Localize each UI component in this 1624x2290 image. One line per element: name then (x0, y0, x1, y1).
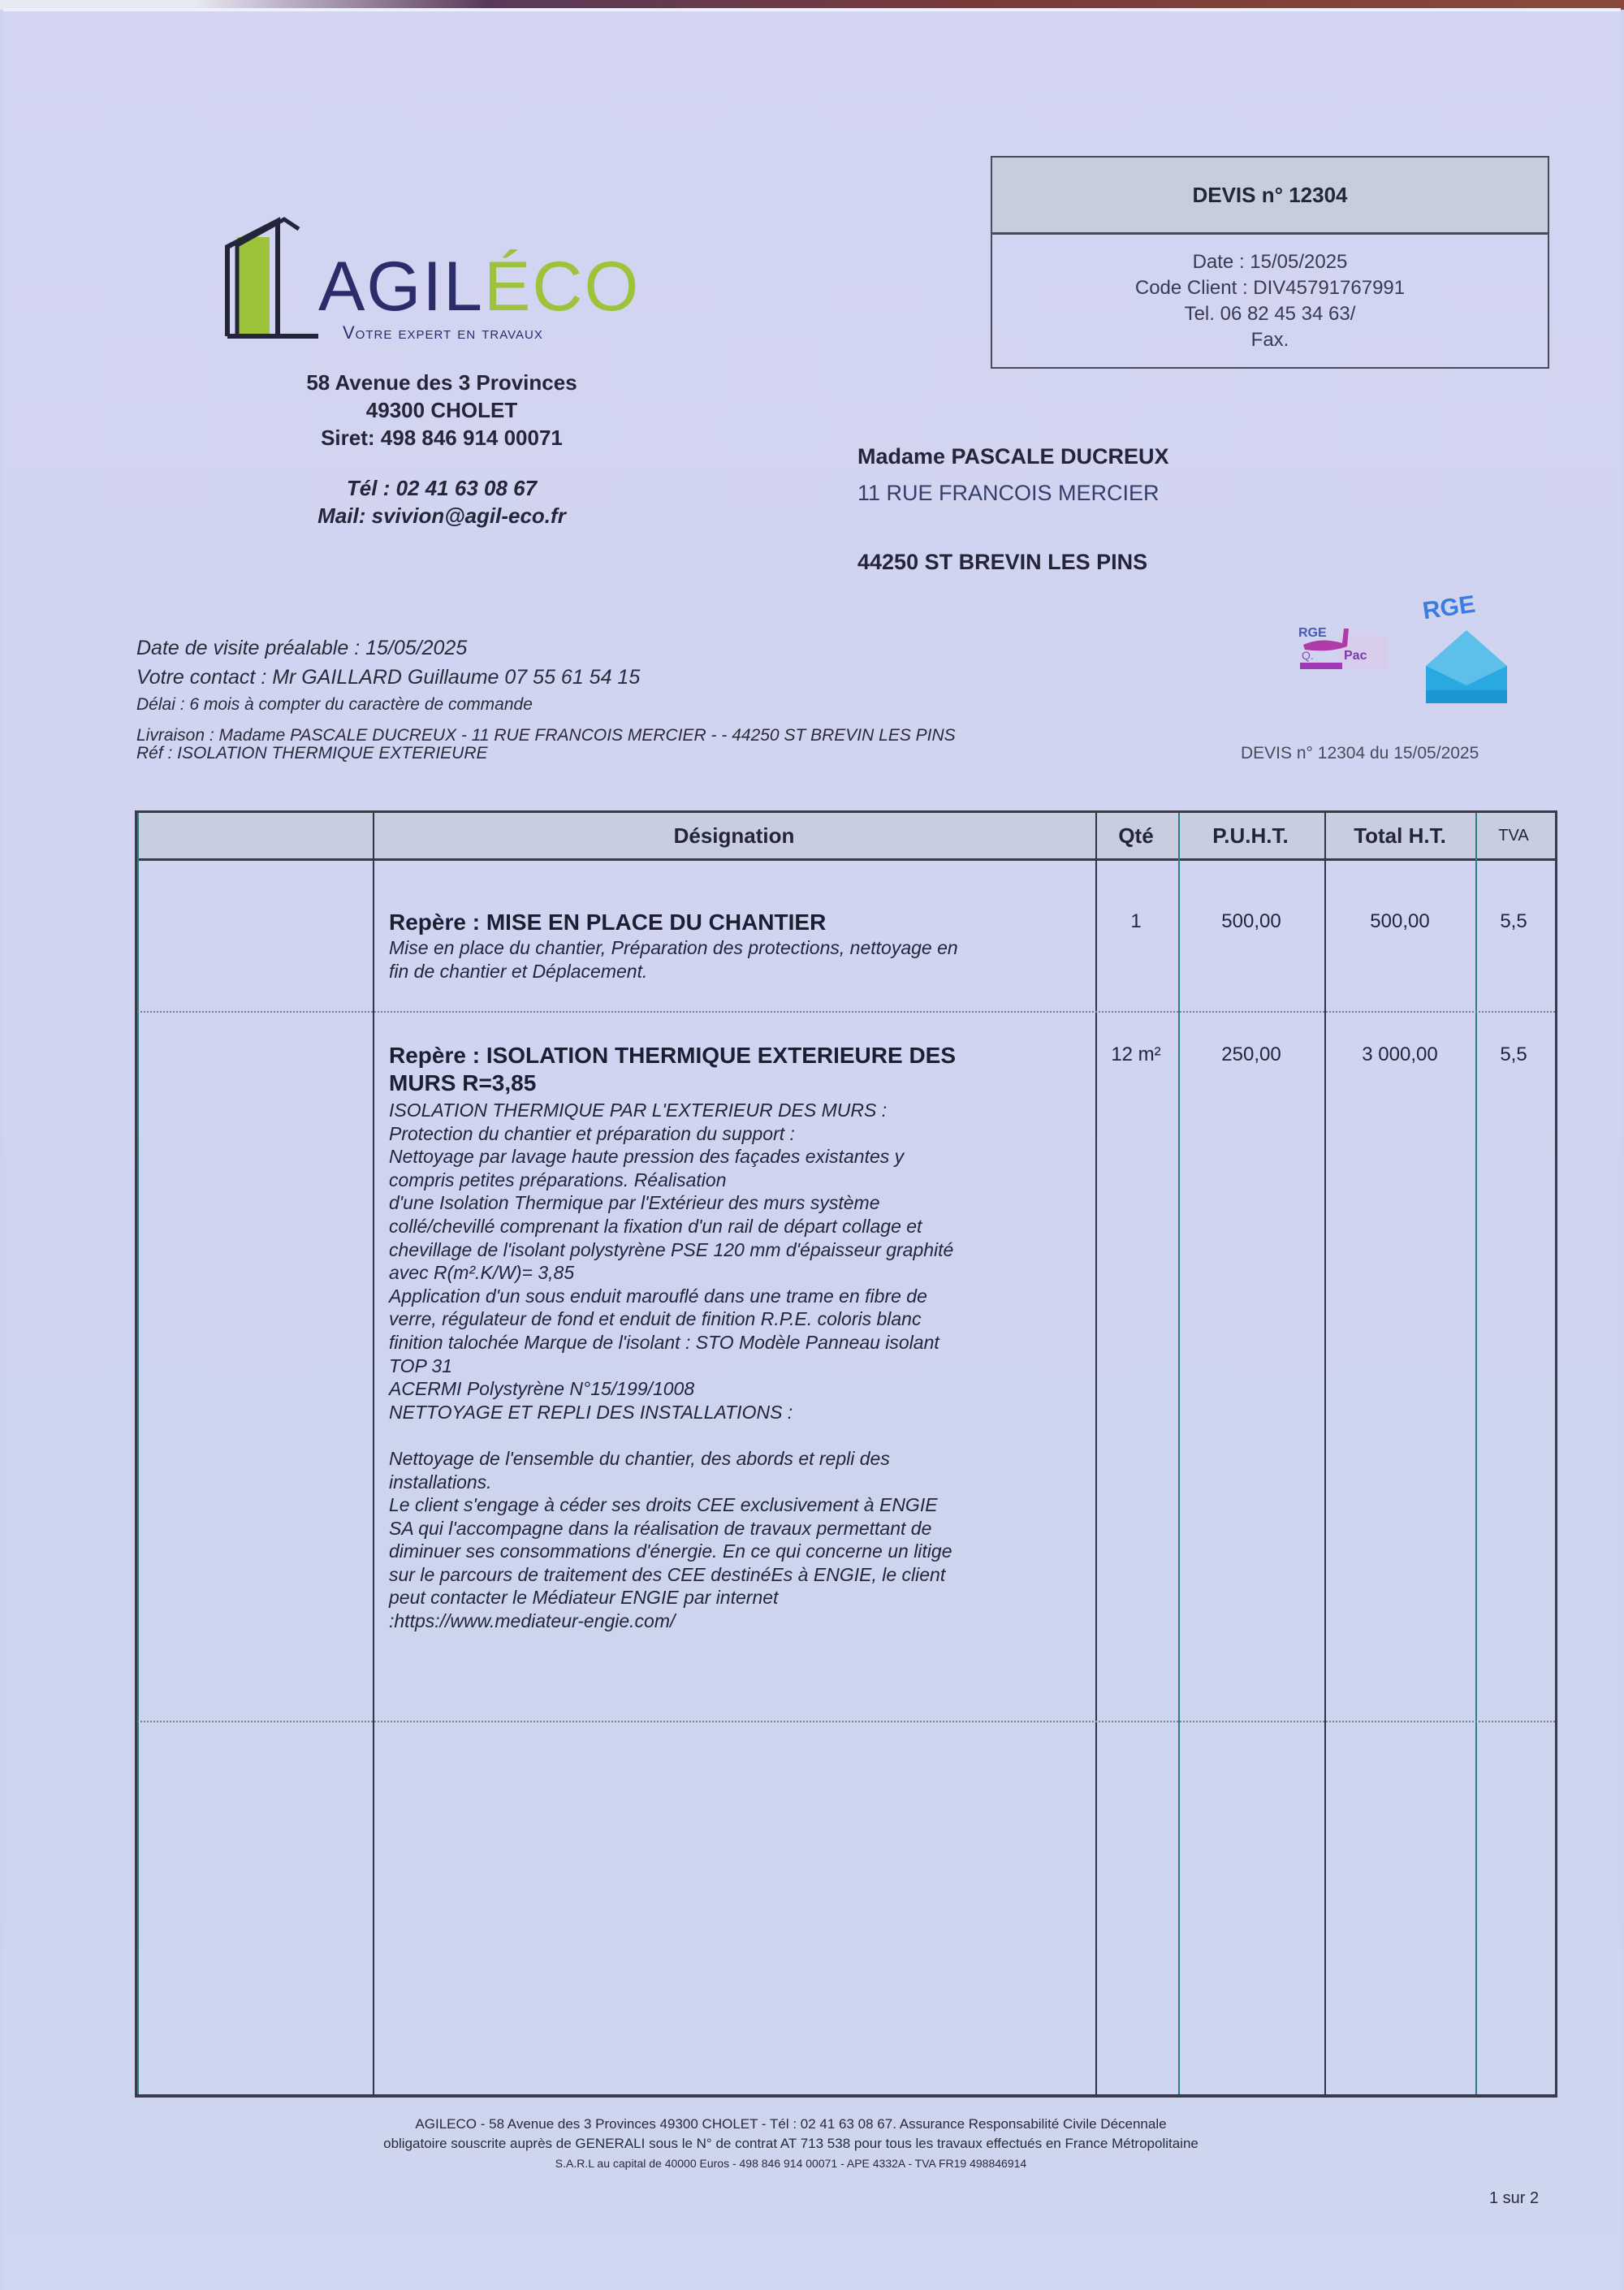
row-title: Repère : ISOLATION THERMIQUE EXTERIEURE … (389, 1042, 956, 1097)
row-description: ISOLATION THERMIQUE PAR L'EXTERIEUR DES … (389, 1099, 1087, 1633)
row-divider (137, 1011, 1555, 1013)
quote-table: Désignation Qté P.U.H.T. Total H.T. TVA … (135, 810, 1557, 2098)
client-name: Madame PASCALE DUCREUX (857, 444, 1169, 469)
row-total: 3 000,00 (1324, 1043, 1475, 1066)
company-phone: Tél : 02 41 63 08 67 (263, 474, 620, 502)
svg-text:RGE: RGE (1298, 626, 1327, 640)
row-qty: 1 (1095, 910, 1177, 933)
company-email: Mail: svivion@agil-eco.fr (263, 502, 620, 529)
document-page: AGILÉCO Votre expert en travaux 58 Avenu… (3, 8, 1621, 2290)
devis-fax: Fax. (992, 327, 1548, 353)
page-number: 1 sur 2 (1489, 2189, 1539, 2208)
devis-info-box: DEVIS n° 12304 Date : 15/05/2025 Code Cl… (991, 156, 1549, 369)
rge-qualipac-logo-icon: RGE Pac Q. (1297, 622, 1391, 672)
column-divider (373, 813, 374, 2094)
column-header-total: Total H.T. (1324, 813, 1475, 858)
company-contact: Tél : 02 41 63 08 67 Mail: svivion@agil-… (263, 474, 620, 529)
company-logo-wordmark: AGILÉCO (318, 252, 640, 322)
column-header-ref (137, 813, 373, 858)
company-tagline: Votre expert en travaux (343, 322, 543, 343)
delivery-address: Livraison : Madame PASCALE DUCREUX - 11 … (136, 726, 956, 745)
footer-line1: AGILECO - 58 Avenue des 3 Provinces 4930… (198, 2115, 1384, 2134)
visit-date: Date de visite préalable : 15/05/2025 (136, 637, 467, 660)
footer-line3: S.A.R.L au capital de 40000 Euros - 498 … (198, 2154, 1384, 2173)
row-unit-price: 250,00 (1178, 1043, 1324, 1066)
row-total: 500,00 (1324, 910, 1475, 933)
devis-reference: DEVIS n° 12304 du 15/05/2025 (1241, 744, 1479, 763)
column-header-designation: Désignation (373, 813, 1095, 858)
column-header-unit-price: P.U.H.T. (1177, 813, 1324, 858)
row-unit-price: 500,00 (1178, 910, 1324, 933)
legal-footer: AGILECO - 58 Avenue des 3 Provinces 4930… (198, 2115, 1384, 2173)
company-siret: Siret: 498 846 914 00071 (263, 424, 620, 452)
column-divider (1178, 813, 1180, 2094)
column-header-tva: TVA (1475, 813, 1552, 858)
company-address-line1: 58 Avenue des 3 Provinces (263, 369, 620, 396)
company-address-line2: 49300 CHOLET (263, 396, 620, 424)
devis-date: Date : 15/05/2025 (992, 249, 1548, 275)
logo-eco: ÉCO (484, 248, 640, 326)
column-divider (137, 813, 139, 2094)
row-qty: 12 m² (1095, 1043, 1177, 1066)
client-city: 44250 ST BREVIN LES PINS (857, 550, 1147, 575)
row-title: Repère : MISE EN PLACE DU CHANTIER (389, 909, 826, 936)
project-reference: Réf : ISOLATION THERMIQUE EXTERIEURE (136, 744, 488, 763)
column-header-qty: Qté (1095, 813, 1177, 858)
delay-terms: Délai : 6 mois à compter du caractère de… (136, 695, 533, 715)
devis-tel: Tel. 06 82 45 34 63/ (992, 301, 1548, 327)
column-divider (1324, 813, 1326, 2094)
column-divider (1095, 813, 1097, 2094)
contact-person: Votre contact : Mr GAILLARD Guillaume 07… (136, 666, 640, 689)
logo-agil: AGIL (318, 248, 484, 326)
client-street: 11 RUE FRANCOIS MERCIER (857, 481, 1160, 506)
svg-text:Q.: Q. (1302, 649, 1314, 662)
column-divider (1475, 813, 1477, 2094)
svg-text:Pac: Pac (1344, 649, 1367, 663)
rge-label: RGE (1421, 591, 1477, 626)
table-header: Désignation Qté P.U.H.T. Total H.T. TVA (137, 813, 1555, 861)
devis-number-title: DEVIS n° 12304 (992, 158, 1548, 235)
row-tva: 5,5 (1475, 910, 1552, 933)
row-divider (137, 1721, 1555, 1722)
row-tva: 5,5 (1475, 1043, 1552, 1066)
rge-eco-artisan-logo-icon (1423, 627, 1510, 703)
row-description: Mise en place du chantier, Préparation d… (389, 936, 1087, 983)
footer-line2: obligatoire souscrite auprès de GENERALI… (198, 2134, 1384, 2154)
devis-code-client: Code Client : DIV45791767991 (992, 275, 1548, 301)
company-address: 58 Avenue des 3 Provinces 49300 CHOLET S… (263, 369, 620, 452)
